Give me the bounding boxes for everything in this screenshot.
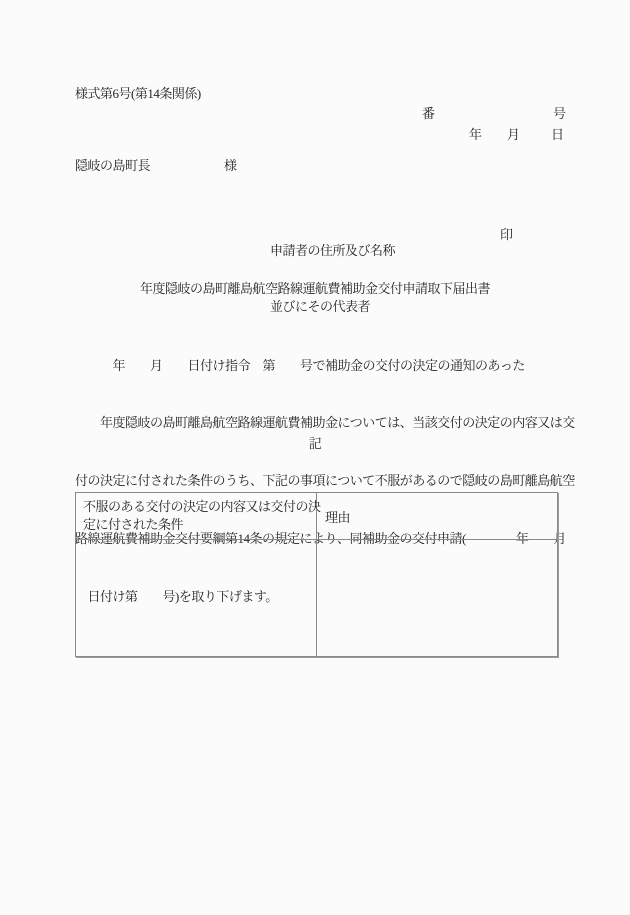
date-month-label: 月 <box>507 127 520 143</box>
table-header-row: 不服のある交付の決定の内容又は交付の決 定に付された条件 理由 <box>76 493 557 540</box>
doc-number-go-label: 号 <box>553 106 566 122</box>
objection-table: 不服のある交付の決定の内容又は交付の決 定に付された条件 理由 <box>75 492 558 657</box>
date-day-label: 日 <box>551 127 564 143</box>
seal-mark-label: 印 <box>500 227 513 243</box>
table-header-objection-cell: 不服のある交付の決定の内容又は交付の決 定に付された条件 <box>76 493 317 539</box>
table-body-reason-cell <box>317 540 557 656</box>
form-number-label: 様式第6号(第14条関係) <box>75 86 201 102</box>
applicant-address-label: 申請者の住所及び名称 <box>270 242 395 261</box>
body-line-3: 付の決定に付された条件のうち、下記の事項について不服があるので隠岐の島町離島航空 <box>75 471 575 490</box>
applicant-representative-label: 並びにその代表者 <box>270 298 395 317</box>
withdrawal-notification-form: 様式第6号(第14条関係) 番 号 年 月 日 隠岐の島町長 様 申請者の住所及… <box>0 0 630 915</box>
addressee-name: 隠岐の島町長 <box>75 158 150 174</box>
table-header-reason-label: 理由 <box>325 507 350 526</box>
table-header-reason-cell: 理由 <box>317 493 557 539</box>
table-header-objection-line-1: 不服のある交付の決定の内容又は交付の決 <box>83 498 312 516</box>
doc-number-ban-label: 番 <box>422 106 435 122</box>
document-title: 年度隠岐の島町離島航空路線運航費補助金交付申請取下届出書 <box>0 281 630 297</box>
date-year-label: 年 <box>469 127 482 143</box>
table-header-objection-line-2: 定に付された条件 <box>83 516 312 534</box>
table-body-row <box>76 540 557 656</box>
addressee-honorific: 様 <box>224 158 237 174</box>
body-line-2: 年度隠岐の島町離島航空路線運航費補助金については、当該交付の決定の内容又は交 <box>75 413 575 432</box>
ki-separator-label: 記 <box>0 436 630 452</box>
table-body-objection-cell <box>76 540 317 656</box>
body-line-1: 年 月 日付け指令 第 号で補助金の交付の決定の通知のあった <box>75 356 575 375</box>
